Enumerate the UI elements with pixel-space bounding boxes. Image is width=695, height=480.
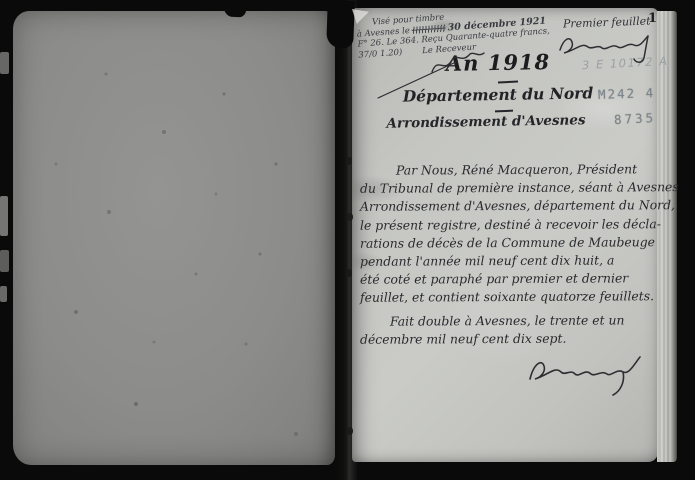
opening-line: rations de décès de la Commune de Maubeu… (360, 233, 660, 253)
first-leaf-signature (556, 30, 656, 68)
opening-line: du Tribunal de première instance, séant … (360, 178, 660, 198)
opening-line: Par Nous, Réné Macqueron, Président (360, 160, 660, 180)
opening-line: Arrondissement d'Avesnes, département du… (360, 197, 660, 217)
page-number: 1 (648, 11, 657, 26)
register-scan: Visé pour timbre à Avesnes le30 décembre… (0, 0, 695, 480)
opening-line: été coté et paraphé par premier et derni… (360, 269, 660, 289)
closing-paragraph: Fait double à Avesnes, le trente et un d… (360, 312, 660, 348)
president-signature (524, 349, 648, 399)
left-blank-page (13, 11, 335, 465)
opening-line: feuillet, et contient soixante quatorze … (360, 288, 660, 308)
opening-paragraph: Par Nous, Réné Macqueron, Président du T… (360, 161, 660, 307)
paper-speckles (13, 11, 15, 13)
catalog-stamp: M242 4 (598, 85, 656, 102)
closing-line: Fait double à Avesnes, le trente et un (360, 311, 660, 331)
binding-edge-patch (0, 196, 8, 236)
receveur-signature (376, 48, 488, 100)
binding-edge-patch (0, 52, 9, 74)
binding-edge-patch (0, 286, 7, 302)
gutter-shadow (326, 0, 355, 48)
struck-out-text (412, 24, 446, 33)
binding-stitches (347, 0, 351, 6)
binding-edge-patch (0, 250, 9, 272)
opening-line: pendant l'année mil neuf cent dix huit, … (360, 251, 660, 271)
opening-line: le présent registre, destiné à recevoir … (360, 215, 660, 235)
closing-line: décembre mil neuf cent dix sept. (360, 329, 660, 349)
inventory-stamp: 8735 (614, 110, 657, 127)
page-stack-edge (657, 11, 677, 462)
